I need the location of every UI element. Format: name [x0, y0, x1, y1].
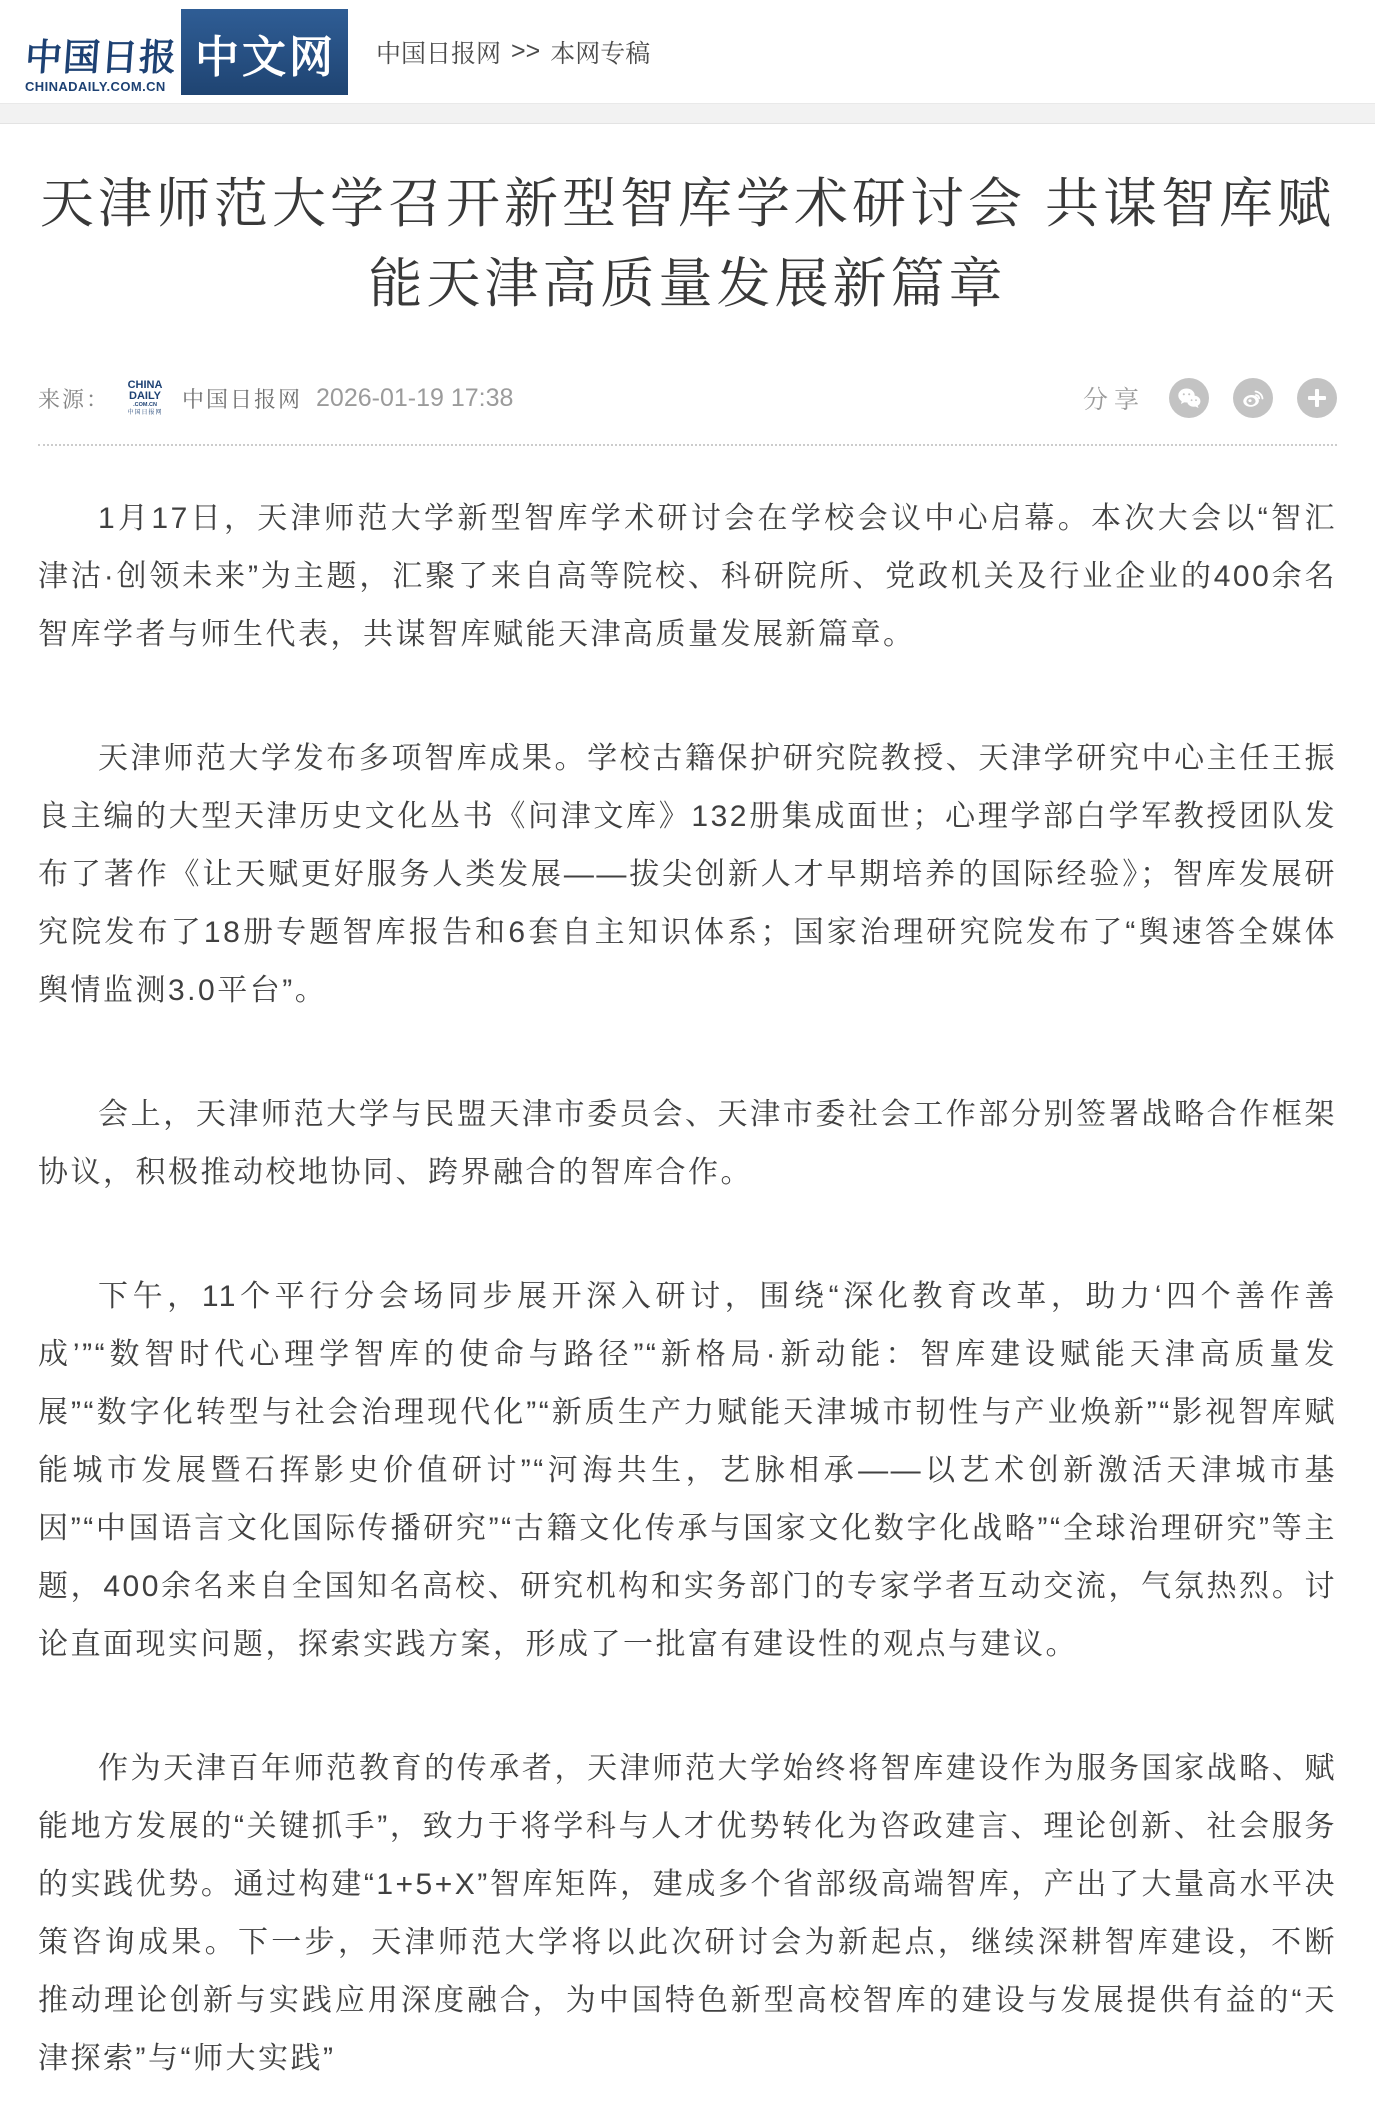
article-meta-row: 来源： CHINA DAILY .COM.CN 中国日报网 中国日报网 2026… — [38, 376, 1337, 420]
source-badge-line2: DAILY — [129, 391, 161, 402]
paragraph: 会上，天津师范大学与民盟天津市委员会、天津市委社会工作部分别签署战略合作框架协议… — [38, 1086, 1337, 1202]
share-label: 分享 — [1083, 380, 1145, 416]
paragraph: 天津师范大学发布多项智库成果。学校古籍保护研究院教授、天津学研究中心主任王振良主… — [38, 730, 1337, 1020]
chinadaily-logo-domain: CHINADAILY.COM.CN — [25, 79, 177, 95]
chinadaily-logo-calligraphy: 中国日报 — [24, 39, 179, 79]
source-logo-badge[interactable]: CHINA DAILY .COM.CN 中国日报网 — [126, 380, 164, 417]
article-title: 天津师范大学召开新型智库学术研讨会 共谋智库赋能天津高质量发展新篇章 — [38, 164, 1337, 324]
source-badge-line4: 中国日报网 — [128, 410, 163, 416]
chinadaily-logo-left: 中国日报 CHINADAILY.COM.CN — [25, 9, 177, 95]
paragraph: 作为天津百年师范教育的传承者，天津师范大学始终将智库建设作为服务国家战略、赋能地… — [38, 1740, 1337, 2088]
chinadaily-site-name-badge: 中文网 — [181, 9, 348, 95]
more-share-button[interactable] — [1297, 378, 1337, 418]
weibo-icon — [1240, 385, 1266, 411]
wechat-share-button[interactable] — [1169, 378, 1209, 418]
wechat-icon — [1176, 385, 1202, 411]
meta-divider — [38, 444, 1337, 446]
breadcrumb-separator: >> — [511, 37, 540, 66]
article-container: 天津师范大学召开新型智库学术研讨会 共谋智库赋能天津高质量发展新篇章 来源： C… — [0, 164, 1375, 2124]
source-label: 来源： — [38, 383, 110, 414]
breadcrumb-current[interactable]: 本网专稿 — [550, 34, 650, 70]
publish-datetime: 2026-01-19 17:38 — [316, 384, 513, 413]
header-divider-band — [0, 103, 1375, 124]
weibo-share-button[interactable] — [1233, 378, 1273, 418]
article-body: 1月17日，天津师范大学新型智库学术研讨会在学校会议中心启幕。本次大会以“智汇津… — [38, 490, 1337, 2124]
source-badge-line3: .COM.CN — [133, 403, 157, 409]
share-more-icon — [1304, 385, 1330, 411]
paragraph: 下午，11个平行分会场同步展开深入研讨，围绕“深化教育改革，助力‘四个善作善成’… — [38, 1268, 1337, 1674]
share-area: 分享 — [1083, 378, 1337, 418]
breadcrumb: 中国日报网 >> 本网专稿 — [376, 34, 650, 70]
source-name: 中国日报网 — [182, 383, 302, 414]
breadcrumb-root[interactable]: 中国日报网 — [376, 34, 501, 70]
chinadaily-logo[interactable]: 中国日报 CHINADAILY.COM.CN 中文网 — [25, 9, 348, 95]
paragraph: 1月17日，天津师范大学新型智库学术研讨会在学校会议中心启幕。本次大会以“智汇津… — [38, 490, 1337, 664]
site-header: 中国日报 CHINADAILY.COM.CN 中文网 中国日报网 >> 本网专稿 — [0, 0, 1375, 103]
